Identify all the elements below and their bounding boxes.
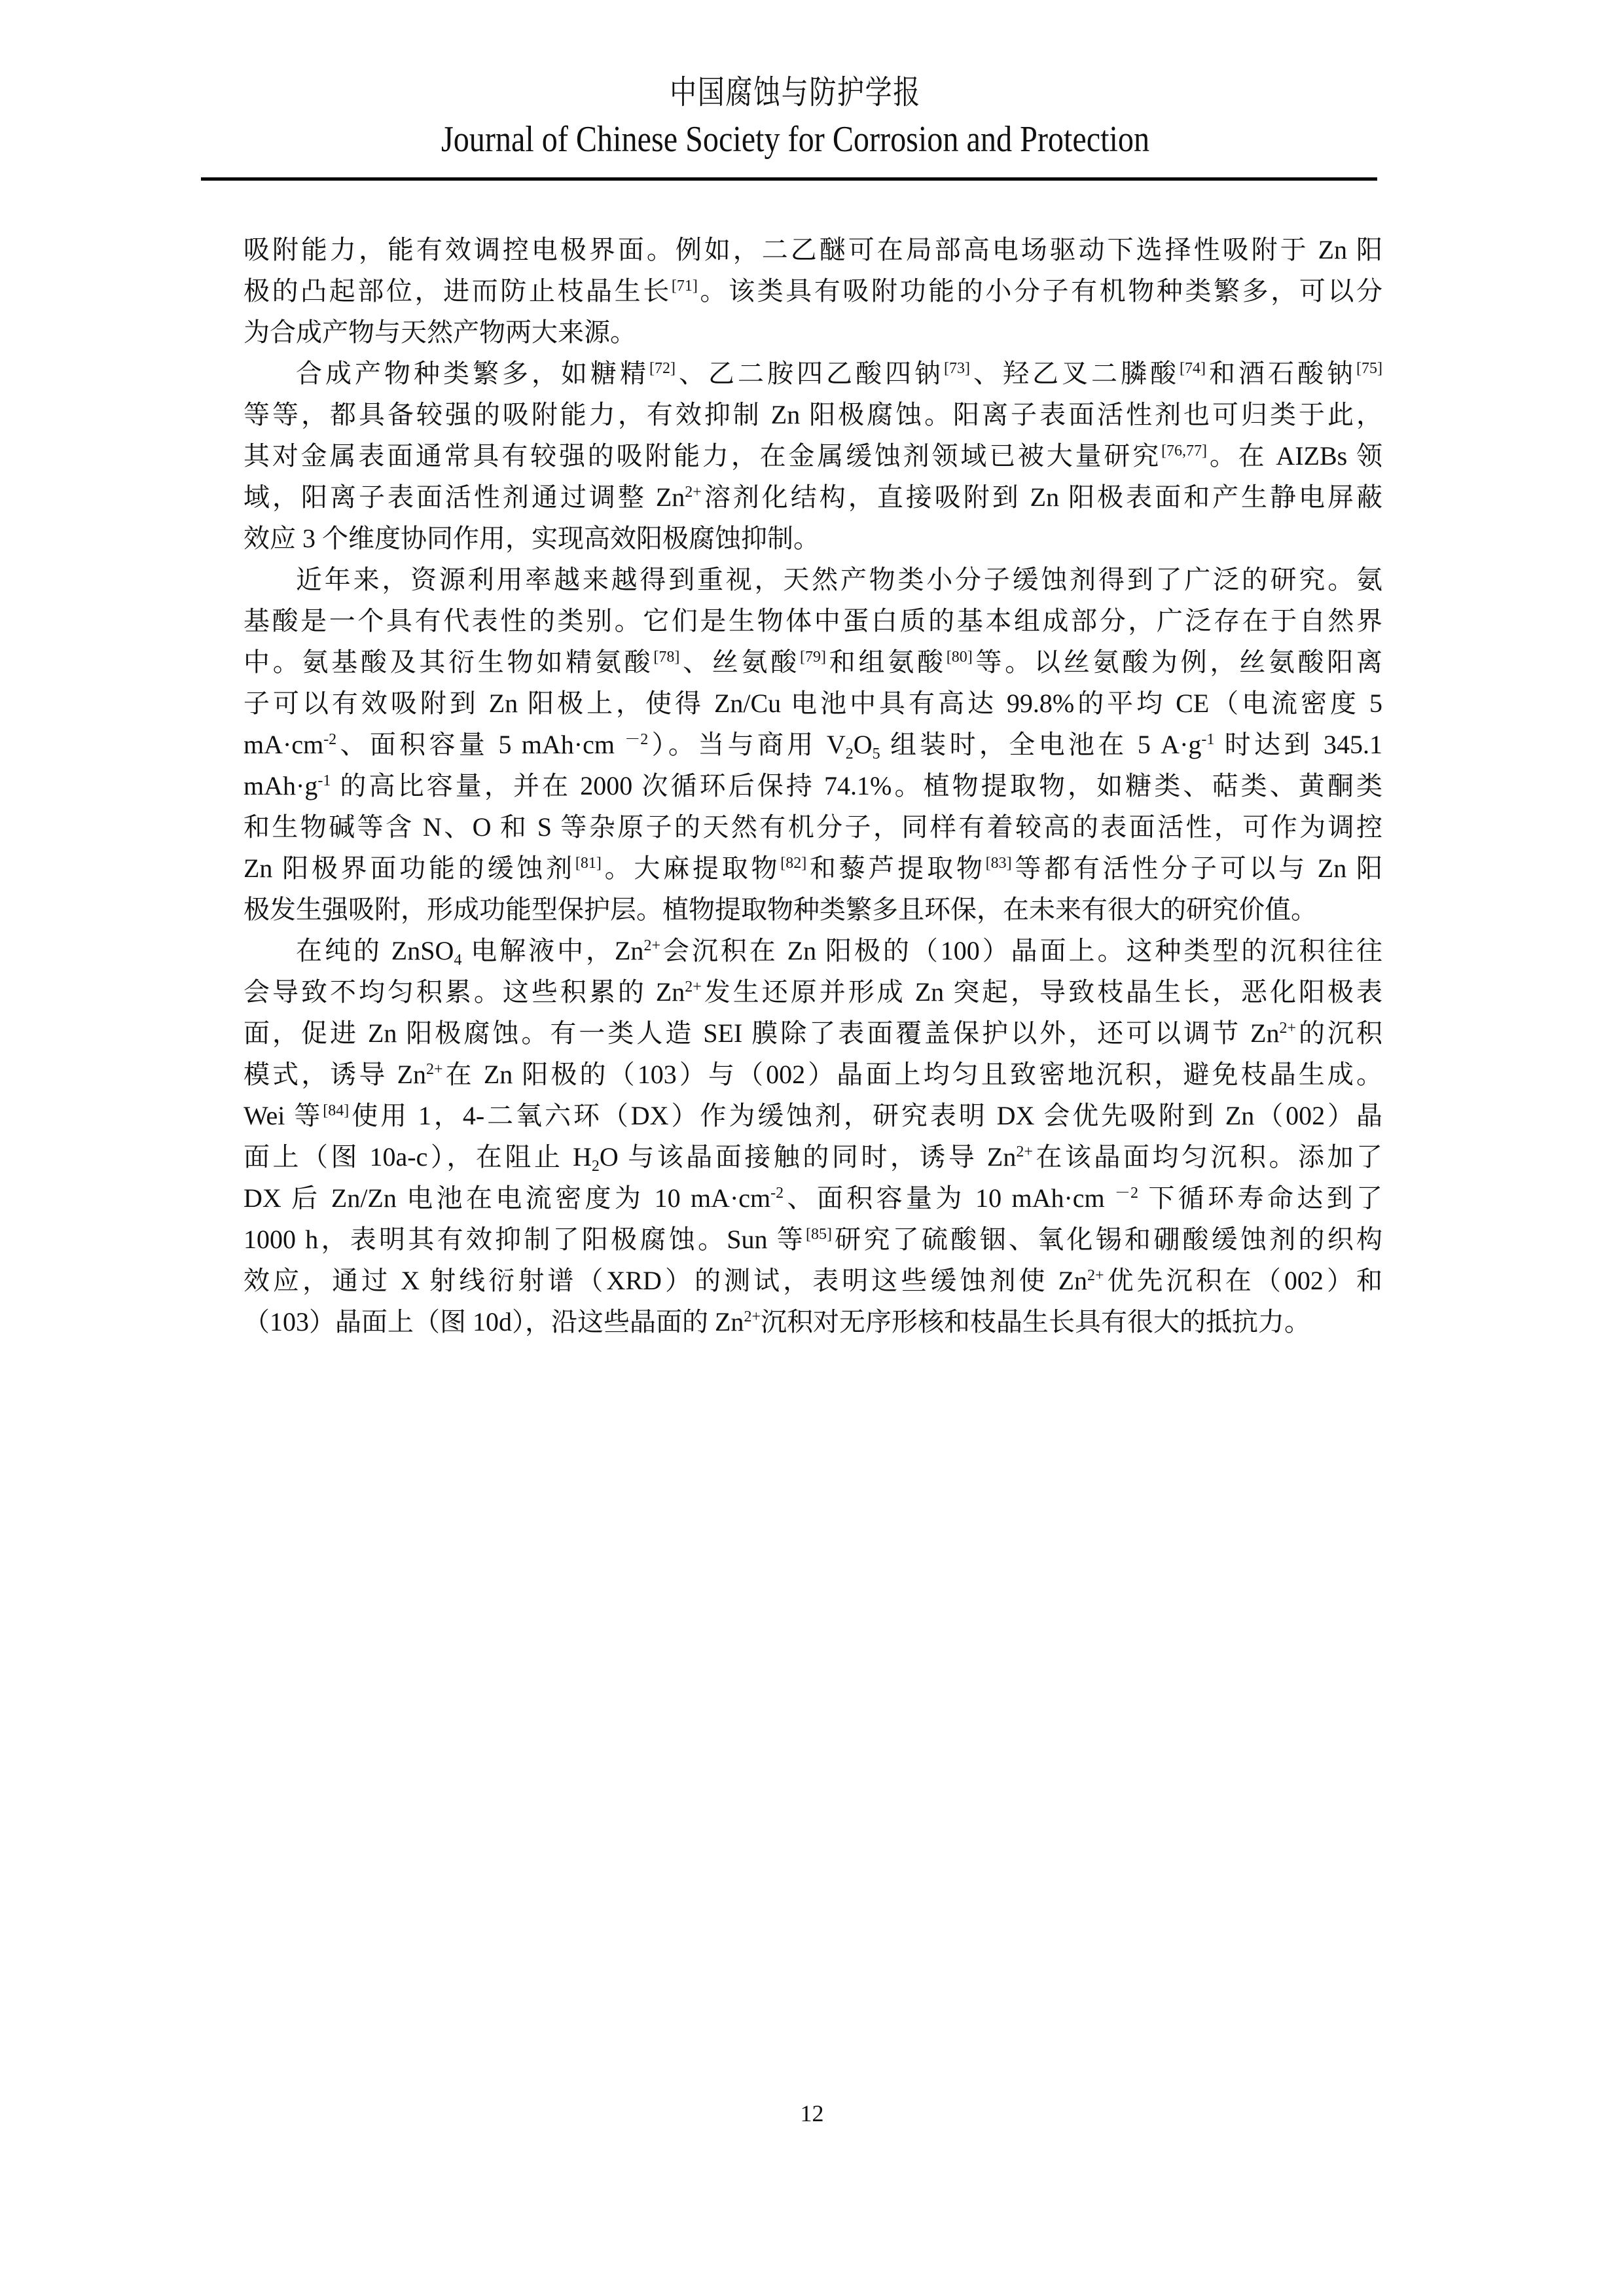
text-line: 模式，诱导 Zn2+在 Zn 阳极的（103）与（002）晶面上均匀且致密地沉积… bbox=[244, 1054, 1382, 1095]
text-line: 合成产物种类繁多，如糖精[72]、乙二胺四乙酸四钠[73]、羟乙叉二膦酸[74]… bbox=[244, 353, 1382, 394]
text-line: DX 后 Zn/Zn 电池在电流密度为 10 mA·cm-2、面积容量为 10 … bbox=[244, 1177, 1382, 1219]
journal-header: 中国腐蚀与防护学报 Journal of Chinese Society for… bbox=[196, 72, 1394, 162]
paragraph: 在纯的 ZnSO4 电解液中，Zn2+会沉积在 Zn 阳极的（100）晶面上。这… bbox=[244, 930, 1382, 1342]
text-line: 子可以有效吸附到 Zn 阳极上，使得 Zn/Cu 电池中具有高达 99.8%的平… bbox=[244, 683, 1382, 724]
text-line: mA·cm-2、面积容量 5 mAh·cm －2）。当与商用 V2O5 组装时，… bbox=[244, 724, 1382, 765]
text-line: 为合成产物与天然产物两大来源。 bbox=[244, 312, 1382, 353]
article-body: 吸附能力，能有效调控电极界面。例如，二乙醚可在局部高电场驱动下选择性吸附于 Zn… bbox=[244, 229, 1382, 1342]
page-number: 12 bbox=[0, 2100, 1624, 2127]
text-line: 极的凸起部位，进而防止枝晶生长[71]。该类具有吸附功能的小分子有机物种类繁多，… bbox=[244, 270, 1382, 312]
paragraph: 近年来，资源利用率越来越得到重视，天然产物类小分子缓蚀剂得到了广泛的研究。氨基酸… bbox=[244, 559, 1382, 930]
text-line: 其对金属表面通常具有较强的吸附能力，在金属缓蚀剂领域已被大量研究[76,77]。… bbox=[244, 435, 1382, 476]
journal-title-english: Journal of Chinese Society for Corrosion… bbox=[280, 117, 1310, 162]
text-line: 吸附能力，能有效调控电极界面。例如，二乙醚可在局部高电场驱动下选择性吸附于 Zn… bbox=[244, 229, 1382, 270]
text-line: mAh·g-1 的高比容量，并在 2000 次循环后保持 74.1%。植物提取物… bbox=[244, 765, 1382, 806]
header-rule bbox=[201, 177, 1377, 181]
text-line: 效应，通过 X 射线衍射谱（XRD）的测试，表明这些缓蚀剂使 Zn2+优先沉积在… bbox=[244, 1260, 1382, 1301]
journal-title-chinese: 中国腐蚀与防护学报 bbox=[304, 72, 1287, 113]
text-line: 在纯的 ZnSO4 电解液中，Zn2+会沉积在 Zn 阳极的（100）晶面上。这… bbox=[244, 930, 1382, 971]
text-line: 中。氨基酸及其衍生物如精氨酸[78]、丝氨酸[79]和组氨酸[80]等。以丝氨酸… bbox=[244, 641, 1382, 683]
text-line: 域，阳离子表面活性剂通过调整 Zn2+溶剂化结构，直接吸附到 Zn 阳极表面和产… bbox=[244, 476, 1382, 518]
text-line: 和生物碱等含 N、O 和 S 等杂原子的天然有机分子，同样有着较高的表面活性，可… bbox=[244, 806, 1382, 848]
text-line: Zn 阳极界面功能的缓蚀剂[81]。大麻提取物[82]和藜芦提取物[83]等都有… bbox=[244, 848, 1382, 889]
text-line: 极发生强吸附，形成功能型保护层。植物提取物种类繁多且环保，在未来有很大的研究价值… bbox=[244, 889, 1382, 930]
text-line: 面上（图 10a-c），在阻止 H2O 与该晶面接触的同时，诱导 Zn2+在该晶… bbox=[244, 1136, 1382, 1177]
paragraph: 吸附能力，能有效调控电极界面。例如，二乙醚可在局部高电场驱动下选择性吸附于 Zn… bbox=[244, 229, 1382, 353]
text-line: Wei 等[84]使用 1，4-二氧六环（DX）作为缓蚀剂，研究表明 DX 会优… bbox=[244, 1095, 1382, 1136]
paragraph: 合成产物种类繁多，如糖精[72]、乙二胺四乙酸四钠[73]、羟乙叉二膦酸[74]… bbox=[244, 353, 1382, 559]
text-line: 等等，都具备较强的吸附能力，有效抑制 Zn 阳极腐蚀。阳离子表面活性剂也可归类于… bbox=[244, 394, 1382, 435]
text-line: 面，促进 Zn 阳极腐蚀。有一类人造 SEI 膜除了表面覆盖保护以外，还可以调节… bbox=[244, 1013, 1382, 1054]
text-line: 会导致不均匀积累。这些积累的 Zn2+发生还原并形成 Zn 突起，导致枝晶生长，… bbox=[244, 971, 1382, 1013]
text-line: 效应 3 个维度协同作用，实现高效阳极腐蚀抑制。 bbox=[244, 518, 1382, 559]
text-line: 近年来，资源利用率越来越得到重视，天然产物类小分子缓蚀剂得到了广泛的研究。氨 bbox=[244, 559, 1382, 600]
text-line: 1000 h，表明其有效抑制了阳极腐蚀。Sun 等[85]研究了硫酸铟、氧化锡和… bbox=[244, 1219, 1382, 1260]
text-line: 基酸是一个具有代表性的类别。它们是生物体中蛋白质的基本组成部分，广泛存在于自然界 bbox=[244, 600, 1382, 641]
text-line: （103）晶面上（图 10d），沿这些晶面的 Zn2+沉积对无序形核和枝晶生长具… bbox=[244, 1301, 1382, 1342]
